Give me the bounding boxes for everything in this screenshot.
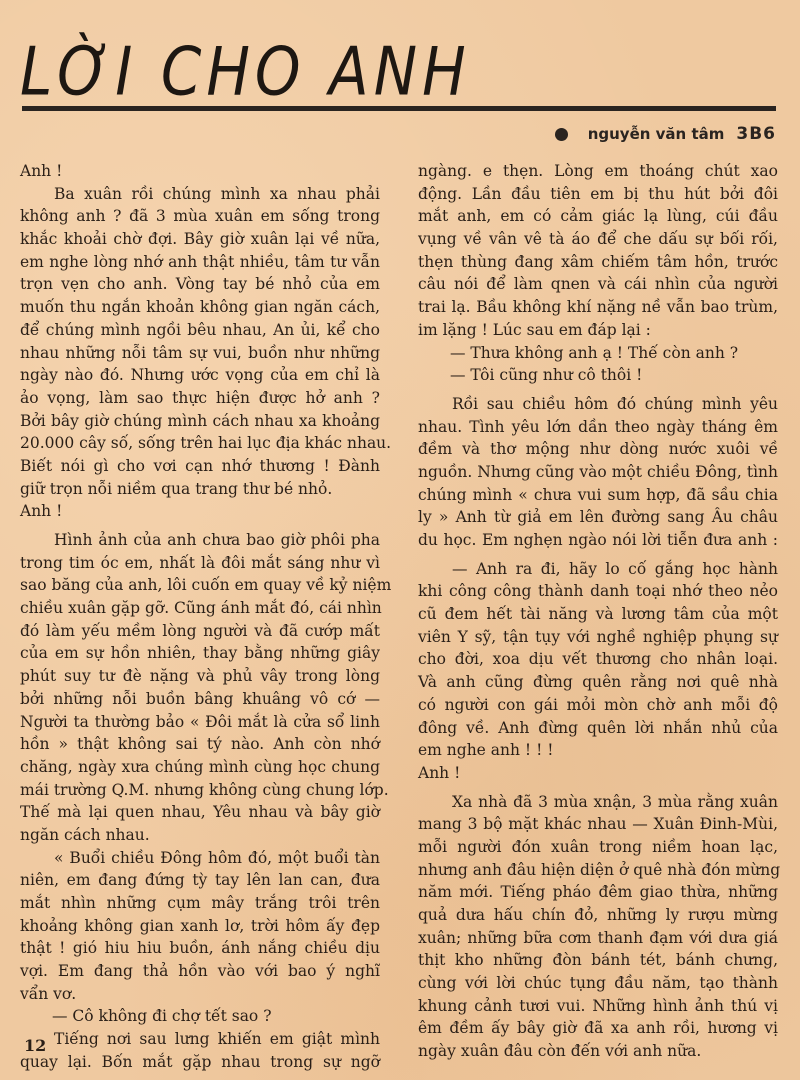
text-line: không anh ? đã 3 mùa xuân em sống trong <box>20 205 380 228</box>
text-line: câu nói để làm qnen và cái nhìn của ngườ… <box>418 273 778 296</box>
text-line: — Anh ra đi, hãy lo cố gắng học hành <box>418 558 778 581</box>
text-line: Anh ! <box>20 160 380 183</box>
text-line: Rồi sau chiều hôm đó chúng mình yêu <box>418 393 778 416</box>
text-line: viên Y sỹ, tận tụy với nghề nghiệp phụng… <box>418 626 778 649</box>
text-line: muốn thu ngắn khoản không gian ngăn cách… <box>20 296 380 319</box>
text-line: ngày xuân đâu còn đến với anh nữa. <box>418 1040 778 1063</box>
text-line: vợi. Em đang thả hồn vào với bao ý nghĩ <box>20 960 380 983</box>
text-line: nhưng anh đâu hiện diện ở quê nhà đón mừ… <box>418 859 778 882</box>
text-line: xuân; những bữa cơm thanh đạm với dưa gi… <box>418 927 778 950</box>
text-line: ngăn cách nhau. <box>20 824 380 847</box>
text-line: — Thưa không anh ạ ! Thế còn anh ? <box>418 342 778 365</box>
text-line: mắt anh, em có cảm giác lạ lùng, cúi đầu <box>418 205 778 228</box>
text-line: sao băng của anh, lôi cuốn em quay về kỷ… <box>20 574 380 597</box>
right-column: ngàng. e thẹn. Lòng em thoáng chút xaođộ… <box>418 160 778 1063</box>
text-line: trọn vẹn cho anh. Vòng tay bé nhỏ của em <box>20 273 380 296</box>
text-line: đông về. Anh đừng quên lời nhắn nhủ của <box>418 717 778 740</box>
byline: nguyễn văn tâm 3B6 <box>555 124 776 144</box>
text-line: Và anh cũng đừng quên rằng nơi quê nhà <box>418 671 778 694</box>
text-line: cũ đem hết tài năng và lương tâm của một <box>418 603 778 626</box>
bullet-icon <box>555 128 568 141</box>
text-line: mang 3 bộ mặt khác nhau — Xuân Đinh-Mùi, <box>418 813 778 836</box>
text-line: em nghe lòng nhớ anh thật nhiều, tâm tư … <box>20 251 380 274</box>
text-line: giữ trọn nỗi niềm qua trang thư bé nhỏ. <box>20 478 380 501</box>
text-line: Anh ! <box>418 762 778 785</box>
text-line: trong tim óc em, nhất là đôi mắt sáng nh… <box>20 552 380 575</box>
text-line: quay lại. Bốn mắt gặp nhau trong sự ngỡ <box>20 1051 380 1074</box>
text-line: — Tôi cũng như cô thôi ! <box>418 364 778 387</box>
author-name: nguyễn văn tâm <box>588 125 725 143</box>
text-line: vụng về vân vê tà áo để che dấu sự bối r… <box>418 228 778 251</box>
text-line: Xa nhà đã 3 mùa xnận, 3 mùa rằng xuân <box>418 791 778 814</box>
text-line: — Cô không đi chợ tết sao ? <box>20 1005 380 1028</box>
text-line: thịt kho những đòn bánh tét, bánh chưng, <box>418 949 778 972</box>
author-class: 3B6 <box>736 124 776 144</box>
article-title: LỜI CHO ANH <box>20 38 471 105</box>
text-line: chăng, ngày xưa chúng mình cùng học chun… <box>20 756 380 779</box>
text-line: Người ta thường bảo « Đôi mắt là cửa sổ … <box>20 711 380 734</box>
text-line: quả dưa hấu chín đỏ, những ly rượu mừng <box>418 904 778 927</box>
text-line: Biết nói gì cho vơi cạn nhớ thương ! Đàn… <box>20 455 380 478</box>
text-line: du học. Em nghẹn ngào nói lời tiễn đưa a… <box>418 529 778 552</box>
text-line: thật ! gió hiu hiu buồn, ánh nắng chiều … <box>20 937 380 960</box>
text-line: em nghe anh ! ! ! <box>418 739 778 762</box>
text-line: khi công công thành danh toại nhớ theo n… <box>418 580 778 603</box>
text-line: Hình ảnh của anh chưa bao giờ phôi pha <box>20 529 380 552</box>
text-line: ảo vọng, làm sao thực hiện được hở anh ? <box>20 387 380 410</box>
text-line: khoảng không gian xanh lơ, trời hôm ấy đ… <box>20 915 380 938</box>
text-line: động. Lần đầu tiên em bị thu hút bởi đôi <box>418 183 778 206</box>
text-line: mắt nhìn những cụm mây trắng trôi trên <box>20 892 380 915</box>
text-line: Anh ! <box>20 500 380 523</box>
left-column: Anh !Ba xuân rồi chúng mình xa nhau phải… <box>20 160 380 1074</box>
text-line: êm đềm ấy bây giờ đã xa anh rồi, hương v… <box>418 1017 778 1040</box>
title-divider <box>22 106 776 111</box>
text-line: chiều xuân gặp gỡ. Cũng ánh mắt đó, cái … <box>20 597 380 620</box>
text-line: nhau. Tình yêu lớn dần theo ngày tháng ê… <box>418 416 778 439</box>
text-line: bởi những nỗi buồn bâng khuâng vô cớ — <box>20 688 380 711</box>
text-line: vẩn vơ. <box>20 983 380 1006</box>
text-line: hồn » thật không sai tý nào. Anh còn nhớ <box>20 733 380 756</box>
text-line: « Buổi chiều Đông hôm đó, một buổi tàn <box>20 847 380 870</box>
text-line: Tiếng nơi sau lưng khiến em giật mình <box>20 1028 380 1051</box>
text-line: mái trường Q.M. nhưng không cùng chung l… <box>20 779 380 802</box>
text-line: cho đời, xoa dịu vết thương cho nhân loạ… <box>418 648 778 671</box>
text-line: có người con gái mỏi mòn chờ anh mỗi độ <box>418 694 778 717</box>
text-line: khung cảnh tươi vui. Những hình ảnh thú … <box>418 995 778 1018</box>
text-line: thẹn thùng đang xâm chiếm tâm hồn, trước <box>418 251 778 274</box>
text-line: trai lạ. Bầu không khí nặng nề vẫn bao t… <box>418 296 778 319</box>
text-line: đó làm yếu mềm lòng người và đã cướp mất <box>20 620 380 643</box>
text-line: nguồn. Nhưng cũng vào một chiều Đông, tì… <box>418 461 778 484</box>
text-line: năm mới. Tiếng pháo đêm giao thừa, những <box>418 881 778 904</box>
text-line: Ba xuân rồi chúng mình xa nhau phải <box>20 183 380 206</box>
text-line: chúng mình « chưa vui sum hợp, đã sầu ch… <box>418 484 778 507</box>
text-line: niên, em đang đứng tỳ tay lên lan can, đ… <box>20 869 380 892</box>
text-line: im lặng ! Lúc sau em đáp lại : <box>418 319 778 342</box>
text-line: mỗi người đón xuân trong niềm hoan lạc, <box>418 836 778 859</box>
text-line: ly » Anh từ giả em lên đường sang Âu châ… <box>418 506 778 529</box>
text-line: đềm và thơ mộng như dòng nước xuôi về <box>418 438 778 461</box>
page-number: 12 <box>24 1036 46 1055</box>
text-line: Thế mà lại quen nhau, Yêu nhau và bây gi… <box>20 801 380 824</box>
text-line: khắc khoải chờ đợi. Bây giờ xuân lại về … <box>20 228 380 251</box>
text-line: nhau những nỗi tâm sự vui, buồn như nhữn… <box>20 342 380 365</box>
text-line: ngày nào đó. Nhưng ước vọng của em chỉ l… <box>20 364 380 387</box>
text-line: phút suy tư đè nặng và phủ vây trong lòn… <box>20 665 380 688</box>
text-line: 20.000 cây số, sống trên hai lục địa khá… <box>20 432 380 455</box>
text-line: cùng với lời chúc tụng đầu năm, tạo thàn… <box>418 972 778 995</box>
text-line: của em sự hồn nhiên, thay bằng những giâ… <box>20 642 380 665</box>
text-line: ngàng. e thẹn. Lòng em thoáng chút xao <box>418 160 778 183</box>
text-line: để chúng mình ngồi bêu nhau, An ủi, kể c… <box>20 319 380 342</box>
text-line: Bởi bây giờ chúng mình cách nhau xa khoả… <box>20 410 380 433</box>
